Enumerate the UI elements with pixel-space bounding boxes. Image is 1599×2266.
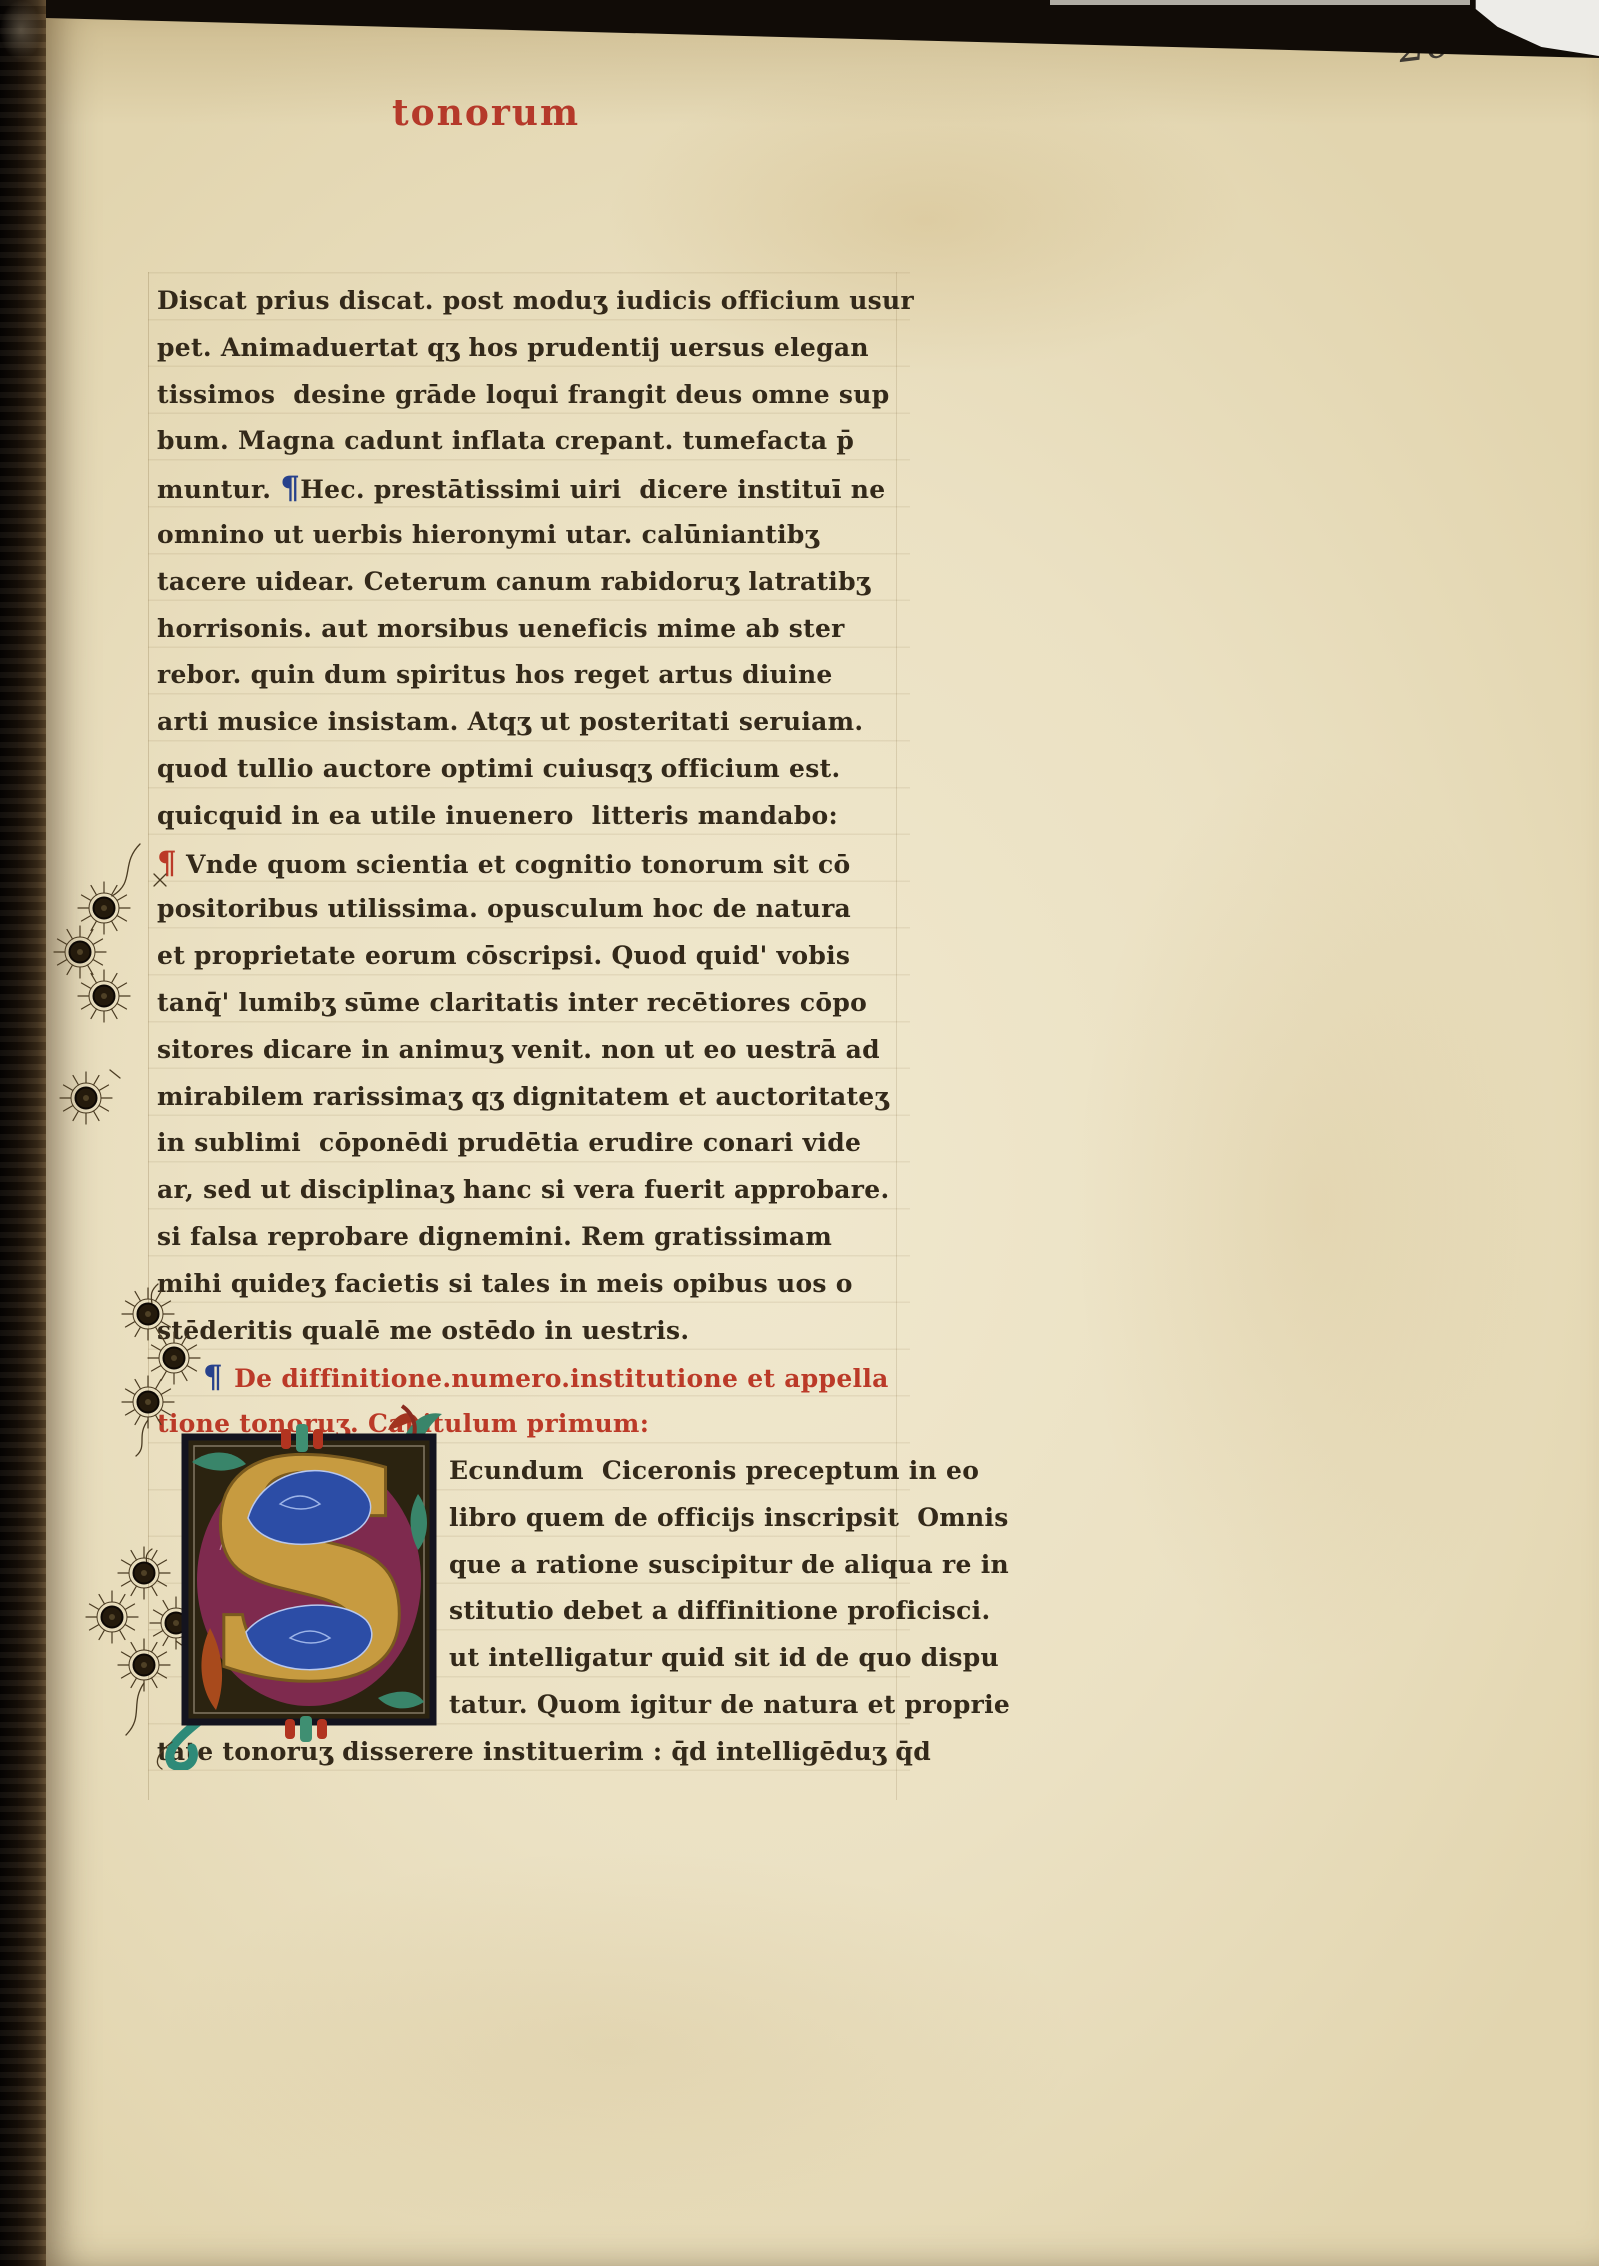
text-segment: tatur. Quom igitur de natura et proprie xyxy=(449,1690,1010,1719)
text-segment: Hec. prestātissimi uiri dicere instituī … xyxy=(300,475,885,504)
text-line: quicquid in ea utile inuenero litteris m… xyxy=(157,793,902,840)
text-line: mihi quideʒ facietis si tales in meis op… xyxy=(157,1261,902,1308)
text-line: tissimos desine grāde loqui frangit deus… xyxy=(157,372,902,419)
text-segment: libro quem de officijs inscripsit Omnis xyxy=(449,1503,1009,1532)
text-segment: tacere uidear. Ceterum canum rabidoruʒ l… xyxy=(157,567,870,596)
text-line: mirabilem rarissimaʒ qʒ dignitatem et au… xyxy=(157,1074,902,1121)
text-line: horrisonis. aut morsibus ueneficis mime … xyxy=(157,606,902,653)
illuminated-initial-S: S xyxy=(150,1400,480,1770)
text-line: tacere uidear. Ceterum canum rabidoruʒ l… xyxy=(157,559,902,606)
text-segment: mihi quideʒ facietis si tales in meis op… xyxy=(157,1269,853,1298)
text-segment: ut intelligatur quid sit id de quo dispu xyxy=(449,1643,999,1672)
text-segment: Discat prius discat. post moduʒ iudicis … xyxy=(157,286,914,315)
text-segment: rebor. quin dum spiritus hos reget artus… xyxy=(157,660,833,689)
text-line: arti musice insistam. Atqʒ ut posteritat… xyxy=(157,699,902,746)
text-segment: arti musice insistam. Atqʒ ut posteritat… xyxy=(157,707,863,736)
text-segment: pet. Animaduertat qʒ hos prudentij uersu… xyxy=(157,333,869,362)
text-line: stēderitis qualē me ostēdo in uestris. xyxy=(157,1308,902,1355)
parchment-stain xyxy=(156,1850,1076,2240)
text-segment: que a ratione suscipitur de aliqua re in xyxy=(449,1550,1009,1579)
running-title: tonorum xyxy=(392,92,580,134)
text-segment: Vnde quom scientia et cognitio tonorum s… xyxy=(177,850,850,879)
text-segment: quod tullio auctore optimi cuiusqʒ offic… xyxy=(157,754,840,783)
text-segment: tanq̄' lumibʒ sūme claritatis inter recē… xyxy=(157,988,867,1017)
text-line: ¶ De diffinitione.numero.institutione et… xyxy=(157,1354,902,1401)
text-segment: quicquid in ea utile inuenero litteris m… xyxy=(157,801,838,830)
text-segment: mirabilem rarissimaʒ qʒ dignitatem et au… xyxy=(157,1082,889,1111)
text-segment: si falsa reprobare dignemini. Rem gratis… xyxy=(157,1222,832,1251)
text-line: in sublimi cōponēdi prudētia erudire con… xyxy=(157,1120,902,1167)
text-segment: muntur. xyxy=(157,475,280,504)
text-segment: tissimos desine grāde loqui frangit deus… xyxy=(157,380,890,409)
corner-teal-curl xyxy=(170,1722,198,1767)
text-segment: ar, sed ut disciplinaʒ hanc si vera fuer… xyxy=(157,1175,889,1204)
manuscript-photo: tonorum 20 Discat prius discat. post mod… xyxy=(0,0,1599,2266)
margin-flourish-cluster xyxy=(56,838,206,1038)
text-line: sitores dicare in animuʒ venit. non ut e… xyxy=(157,1027,902,1074)
text-line: Discat prius discat. post moduʒ iudicis … xyxy=(157,278,902,325)
text-line: tanq̄' lumibʒ sūme claritatis inter recē… xyxy=(157,980,902,1027)
text-line: ar, sed ut disciplinaʒ hanc si vera fuer… xyxy=(157,1167,902,1214)
text-line: omnino ut uerbis hieronymi utar. calūnia… xyxy=(157,512,902,559)
text-line: pet. Animaduertat qʒ hos prudentij uersu… xyxy=(157,325,902,372)
text-segment: stitutio debet a diffinitione proficisci… xyxy=(449,1596,990,1625)
pilcrow-icon: ¶ xyxy=(280,470,300,506)
text-line: bum. Magna cadunt inflata crepant. tumef… xyxy=(157,418,902,465)
text-line: quod tullio auctore optimi cuiusqʒ offic… xyxy=(157,746,902,793)
text-segment: omnino ut uerbis hieronymi utar. calūnia… xyxy=(157,520,819,549)
text-segment: stēderitis qualē me ostēdo in uestris. xyxy=(157,1316,689,1345)
text-segment: horrisonis. aut morsibus ueneficis mime … xyxy=(157,614,845,643)
text-line: positoribus utilissima. opusculum hoc de… xyxy=(157,886,902,933)
underlying-page-edge xyxy=(1050,0,1470,5)
text-segment: in sublimi cōponēdi prudētia erudire con… xyxy=(157,1128,861,1157)
book-binding-edge xyxy=(0,0,48,2266)
text-line: muntur. ¶Hec. prestātissimi uiri dicere … xyxy=(157,465,902,512)
text-line: si falsa reprobare dignemini. Rem gratis… xyxy=(157,1214,902,1261)
text-segment: sitores dicare in animuʒ venit. non ut e… xyxy=(157,1035,880,1064)
margin-flourish-single xyxy=(56,1060,146,1150)
text-segment: positoribus utilissima. opusculum hoc de… xyxy=(157,894,851,923)
text-segment: De diffinitione.numero.institutione et a… xyxy=(234,1364,889,1393)
parchment-stain xyxy=(1076,750,1556,1670)
text-line: et proprietate eorum cōscripsi. Quod qui… xyxy=(157,933,902,980)
text-segment: bum. Magna cadunt inflata crepant. tumef… xyxy=(157,426,854,455)
text-segment: Ecundum Ciceronis preceptum in eo xyxy=(449,1456,979,1485)
text-line: ¶ Vnde quom scientia et cognitio tonorum… xyxy=(157,840,902,887)
text-line: rebor. quin dum spiritus hos reget artus… xyxy=(157,652,902,699)
text-segment: et proprietate eorum cōscripsi. Quod qui… xyxy=(157,941,850,970)
parchment-page: tonorum 20 Discat prius discat. post mod… xyxy=(46,10,1599,2266)
